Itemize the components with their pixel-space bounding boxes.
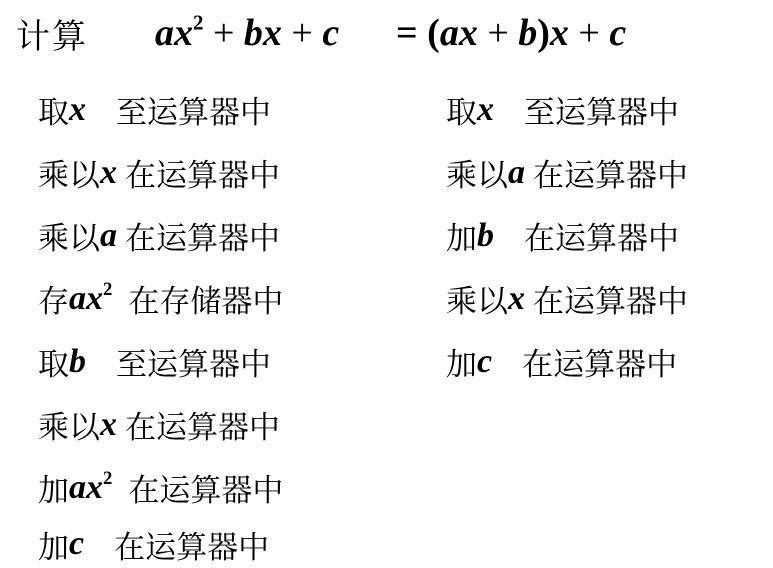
var-x: x xyxy=(174,12,193,54)
step-variable: x xyxy=(100,154,117,192)
title-label: 计算 xyxy=(16,9,88,58)
step-item: 加c在运算器中 xyxy=(446,330,688,393)
step-item: 乘以a在运算器中 xyxy=(446,141,688,204)
term-ax: ax xyxy=(440,12,478,54)
step-description: 在运算器中 xyxy=(125,213,280,258)
step-verb: 取 xyxy=(38,339,69,384)
plus-op: + xyxy=(569,12,609,54)
step-verb: 加 xyxy=(446,213,477,258)
step-item: 乘以x在运算器中 xyxy=(446,267,688,330)
step-item: 取x至运算器中 xyxy=(38,78,283,141)
step-item: 取b至运算器中 xyxy=(38,330,283,393)
coef-a: a xyxy=(155,12,174,54)
plus-op: + xyxy=(203,12,243,54)
plus-op: + xyxy=(282,12,322,54)
step-variable: a xyxy=(100,217,117,255)
open-paren: ( xyxy=(427,12,440,54)
step-variable: x xyxy=(477,91,494,129)
step-description: 在存储器中 xyxy=(128,276,283,321)
exponent: 2 xyxy=(103,467,112,488)
step-variable: c xyxy=(69,525,84,563)
step-verb: 加 xyxy=(446,339,477,384)
step-description: 在运算器中 xyxy=(533,150,688,195)
step-item: 取x至运算器中 xyxy=(446,78,688,141)
step-description: 在运算器中 xyxy=(524,213,679,258)
step-description: 在运算器中 xyxy=(125,150,280,195)
step-variable: ax2 xyxy=(69,469,112,507)
step-description: 至运算器中 xyxy=(116,339,271,384)
step-item: 乘以a在运算器中 xyxy=(38,204,283,267)
title-row: 计算 xyxy=(16,8,88,58)
step-variable: x xyxy=(69,91,86,129)
step-variable: ax2 xyxy=(69,280,112,318)
step-verb: 乘以 xyxy=(446,150,508,195)
step-verb: 乘以 xyxy=(38,402,100,447)
step-verb: 存 xyxy=(38,276,69,321)
step-item: 存ax2在存储器中 xyxy=(38,267,283,330)
direct-method-steps: 取x至运算器中乘以x在运算器中乘以a在运算器中存ax2在存储器中取b至运算器中乘… xyxy=(38,78,283,568)
step-variable: x xyxy=(100,406,117,444)
const-c: c xyxy=(609,12,626,54)
step-verb: 乘以 xyxy=(38,150,100,195)
step-description: 在运算器中 xyxy=(128,465,283,510)
step-verb: 乘以 xyxy=(38,213,100,258)
step-variable: x xyxy=(508,280,525,318)
term-bx: bx xyxy=(244,12,282,54)
plus-op: + xyxy=(478,12,518,54)
step-description: 在运算器中 xyxy=(125,402,280,447)
step-verb: 取 xyxy=(446,87,477,132)
exponent: 2 xyxy=(103,278,112,299)
equals-sign: = xyxy=(396,12,427,54)
step-description: 在运算器中 xyxy=(522,339,677,384)
step-variable: a xyxy=(508,154,525,192)
step-item: 加c在运算器中 xyxy=(38,519,283,568)
exponent: 2 xyxy=(193,10,203,34)
step-verb: 加 xyxy=(38,522,69,567)
const-c: c xyxy=(322,12,339,54)
step-verb: 取 xyxy=(38,87,69,132)
step-description: 在运算器中 xyxy=(533,276,688,321)
step-description: 至运算器中 xyxy=(524,87,679,132)
step-verb: 乘以 xyxy=(446,276,508,321)
step-description: 至运算器中 xyxy=(116,87,271,132)
step-variable: b xyxy=(69,343,86,381)
step-variable: c xyxy=(477,343,492,381)
polynomial-expression: ax2 + bx + c xyxy=(155,8,339,58)
step-variable: b xyxy=(477,217,494,255)
const-b: b xyxy=(518,12,537,54)
var-x: x xyxy=(550,12,569,54)
close-paren: ) xyxy=(537,12,550,54)
horner-expression: = (ax + b)x + c xyxy=(396,8,626,58)
step-item: 加ax2在运算器中 xyxy=(38,456,283,519)
step-item: 加b在运算器中 xyxy=(446,204,688,267)
step-verb: 加 xyxy=(38,465,69,510)
step-description: 在运算器中 xyxy=(114,522,269,567)
horner-method-steps: 取x至运算器中乘以a在运算器中加b在运算器中乘以x在运算器中加c在运算器中 xyxy=(446,78,688,393)
step-item: 乘以x在运算器中 xyxy=(38,141,283,204)
step-item: 乘以x在运算器中 xyxy=(38,393,283,456)
